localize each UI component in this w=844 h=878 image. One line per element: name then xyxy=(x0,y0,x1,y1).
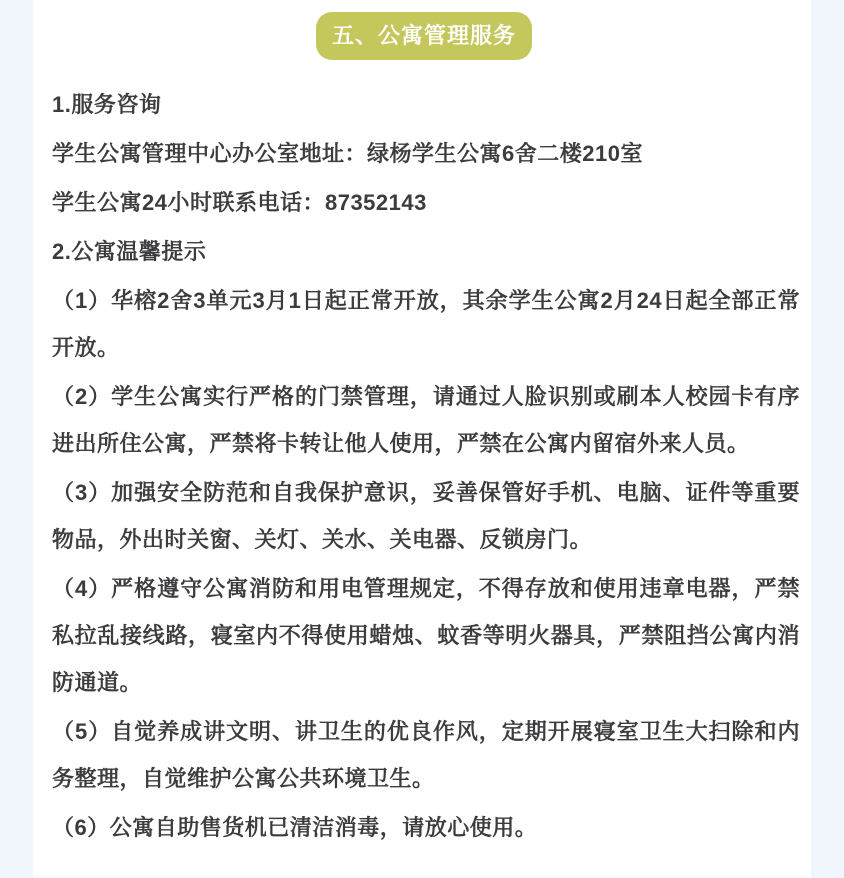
page-background: { "badge": { "label": "五、公寓管理服务" }, "con… xyxy=(0,0,844,878)
body-paragraph: （3）加强安全防范和自我保护意识，妥善保管好手机、电脑、证件等重要物品，外出时关… xyxy=(52,469,800,563)
body-paragraph: 学生公寓管理中心办公室地址：绿杨学生公寓6舍二楼210室 xyxy=(52,130,800,177)
body-paragraph: （5）自觉养成讲文明、讲卫生的优良作风，定期开展寝室卫生大扫除和内务整理，自觉维… xyxy=(52,708,800,802)
body-paragraph: 1.服务咨询 xyxy=(52,81,800,128)
body-content: 1.服务咨询学生公寓管理中心办公室地址：绿杨学生公寓6舍二楼210室学生公寓24… xyxy=(52,81,800,851)
content-card: 五、公寓管理服务 1.服务咨询学生公寓管理中心办公室地址：绿杨学生公寓6舍二楼2… xyxy=(33,0,811,878)
section-title-badge: 五、公寓管理服务 xyxy=(316,12,532,60)
body-paragraph: （2）学生公寓实行严格的门禁管理，请通过人脸识别或刷本人校园卡有序进出所住公寓，… xyxy=(52,373,800,467)
body-paragraph: 2.公寓温馨提示 xyxy=(52,228,800,275)
body-paragraph: （6）公寓自助售货机已清洁消毒，请放心使用。 xyxy=(52,804,800,851)
body-paragraph: 学生公寓24小时联系电话：87352143 xyxy=(52,179,800,226)
badge-row: 五、公寓管理服务 xyxy=(52,12,796,60)
body-paragraph: （4）严格遵守公寓消防和用电管理规定，不得存放和使用违章电器，严禁私拉乱接线路，… xyxy=(52,565,800,706)
body-paragraph: （1）华榕2舍3单元3月1日起正常开放，其余学生公寓2月24日起全部正常开放。 xyxy=(52,277,800,371)
